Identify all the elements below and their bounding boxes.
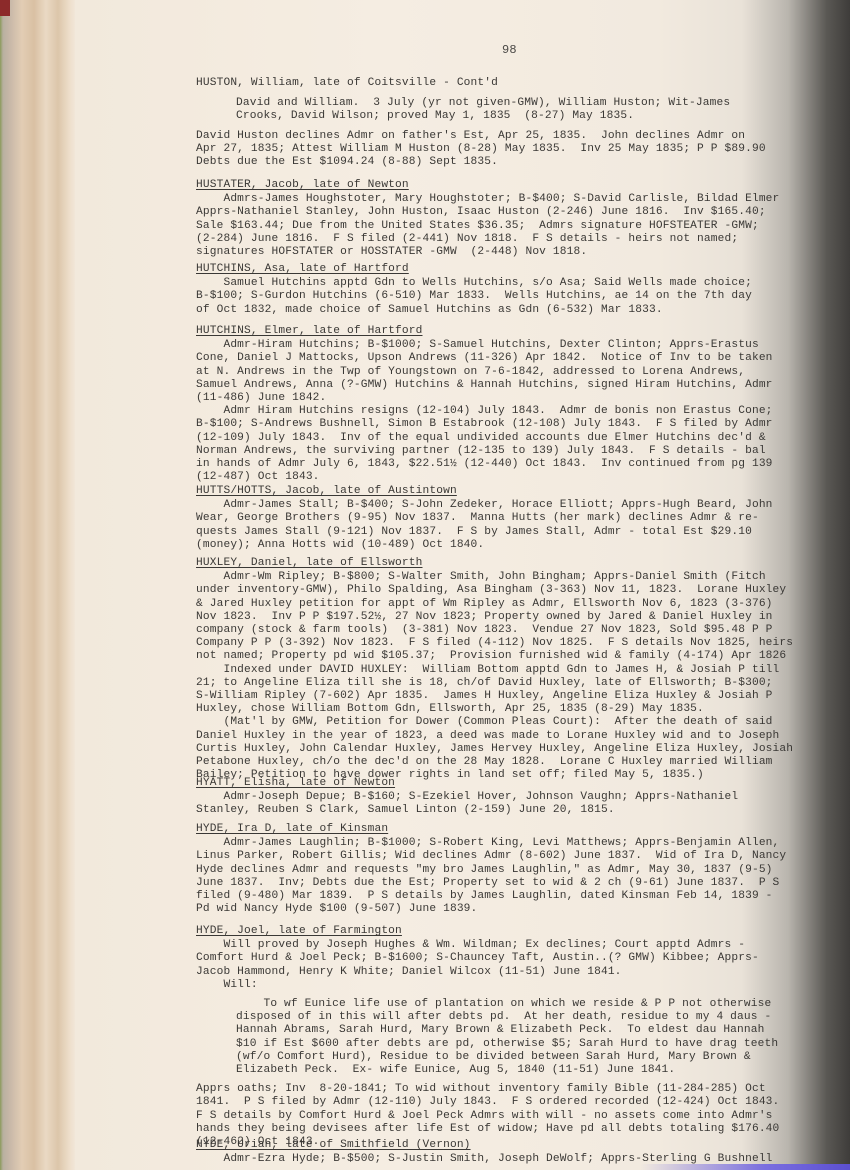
entry-paragraph: David Huston declines Admr on father's E… — [196, 130, 836, 170]
estate-entry: HUXLEY, Daniel, late of Ellsworth Admr-W… — [196, 557, 836, 782]
entry-paragraph: Admr-James Laughlin; B-$1000; S-Robert K… — [196, 837, 836, 916]
entry-heading: HYATT, Elisha, late of Newton — [196, 777, 395, 790]
estate-entry: HUTCHINS, Elmer, late of Hartford Admr-H… — [196, 325, 836, 484]
entry-heading: HYDE, Ira D, late of Kinsman — [196, 823, 388, 836]
bottom-edge-strip — [640, 1164, 850, 1170]
estate-entry: HUTCHINS, Asa, late of Hartford Samuel H… — [196, 263, 836, 317]
entry-heading: HYDE, Uriah, late of Smithfield (Vernon) — [196, 1139, 471, 1152]
estate-entry: HYATT, Elisha, late of Newton Admr-Josep… — [196, 777, 836, 818]
entry-paragraph: Admrs-James Houghstoter, Mary Houghstote… — [196, 193, 836, 259]
entry-paragraph: David and William. 3 July (yr not given-… — [196, 97, 836, 123]
entry-paragraph: Samuel Hutchins apptd Gdn to Wells Hutch… — [196, 277, 836, 317]
entry-paragraph: Admr-Joseph Depue; B-$160; S-Ezekiel Hov… — [196, 791, 836, 817]
entry-paragraph: Will proved by Joseph Hughes & Wm. Wildm… — [196, 939, 836, 992]
estate-entry: HUSTATER, Jacob, late of Newton Admrs-Ja… — [196, 179, 836, 259]
book-binding-edge — [0, 0, 75, 1170]
entry-heading: HUSTATER, Jacob, late of Newton — [196, 179, 409, 192]
estate-entry: HUSTON, William, late of Coitsville - Co… — [196, 77, 836, 169]
entry-paragraph: Admr-Wm Ripley; B-$800; S-Walter Smith, … — [196, 571, 836, 782]
page-number: 98 — [502, 44, 517, 57]
estate-entry: HYDE, Uriah, late of Smithfield (Vernon)… — [196, 1139, 836, 1166]
entry-paragraph: To wf Eunice life use of plantation on w… — [196, 998, 836, 1077]
estate-entry: HYDE, Ira D, late of Kinsman Admr-James … — [196, 823, 836, 916]
entry-heading: HUTCHINS, Elmer, late of Hartford — [196, 325, 423, 338]
entry-heading: HUSTON, William, late of Coitsville - Co… — [196, 77, 498, 90]
binding-tab — [0, 0, 10, 16]
estate-entry: HUTTS/HOTTS, Jacob, late of Austintown A… — [196, 485, 836, 552]
entry-heading: HUXLEY, Daniel, late of Ellsworth — [196, 557, 423, 570]
entry-heading: HUTCHINS, Asa, late of Hartford — [196, 263, 409, 276]
entry-heading: HYDE, Joel, late of Farmington — [196, 925, 402, 938]
entry-paragraph: Admr-Hiram Hutchins; B-$1000; S-Samuel H… — [196, 339, 836, 484]
entry-heading: HUTTS/HOTTS, Jacob, late of Austintown — [196, 485, 457, 498]
entry-paragraph: Admr-James Stall; B-$400; S-John Zedeker… — [196, 499, 836, 552]
estate-entry: HYDE, Joel, late of Farmington Will prov… — [196, 925, 836, 1149]
